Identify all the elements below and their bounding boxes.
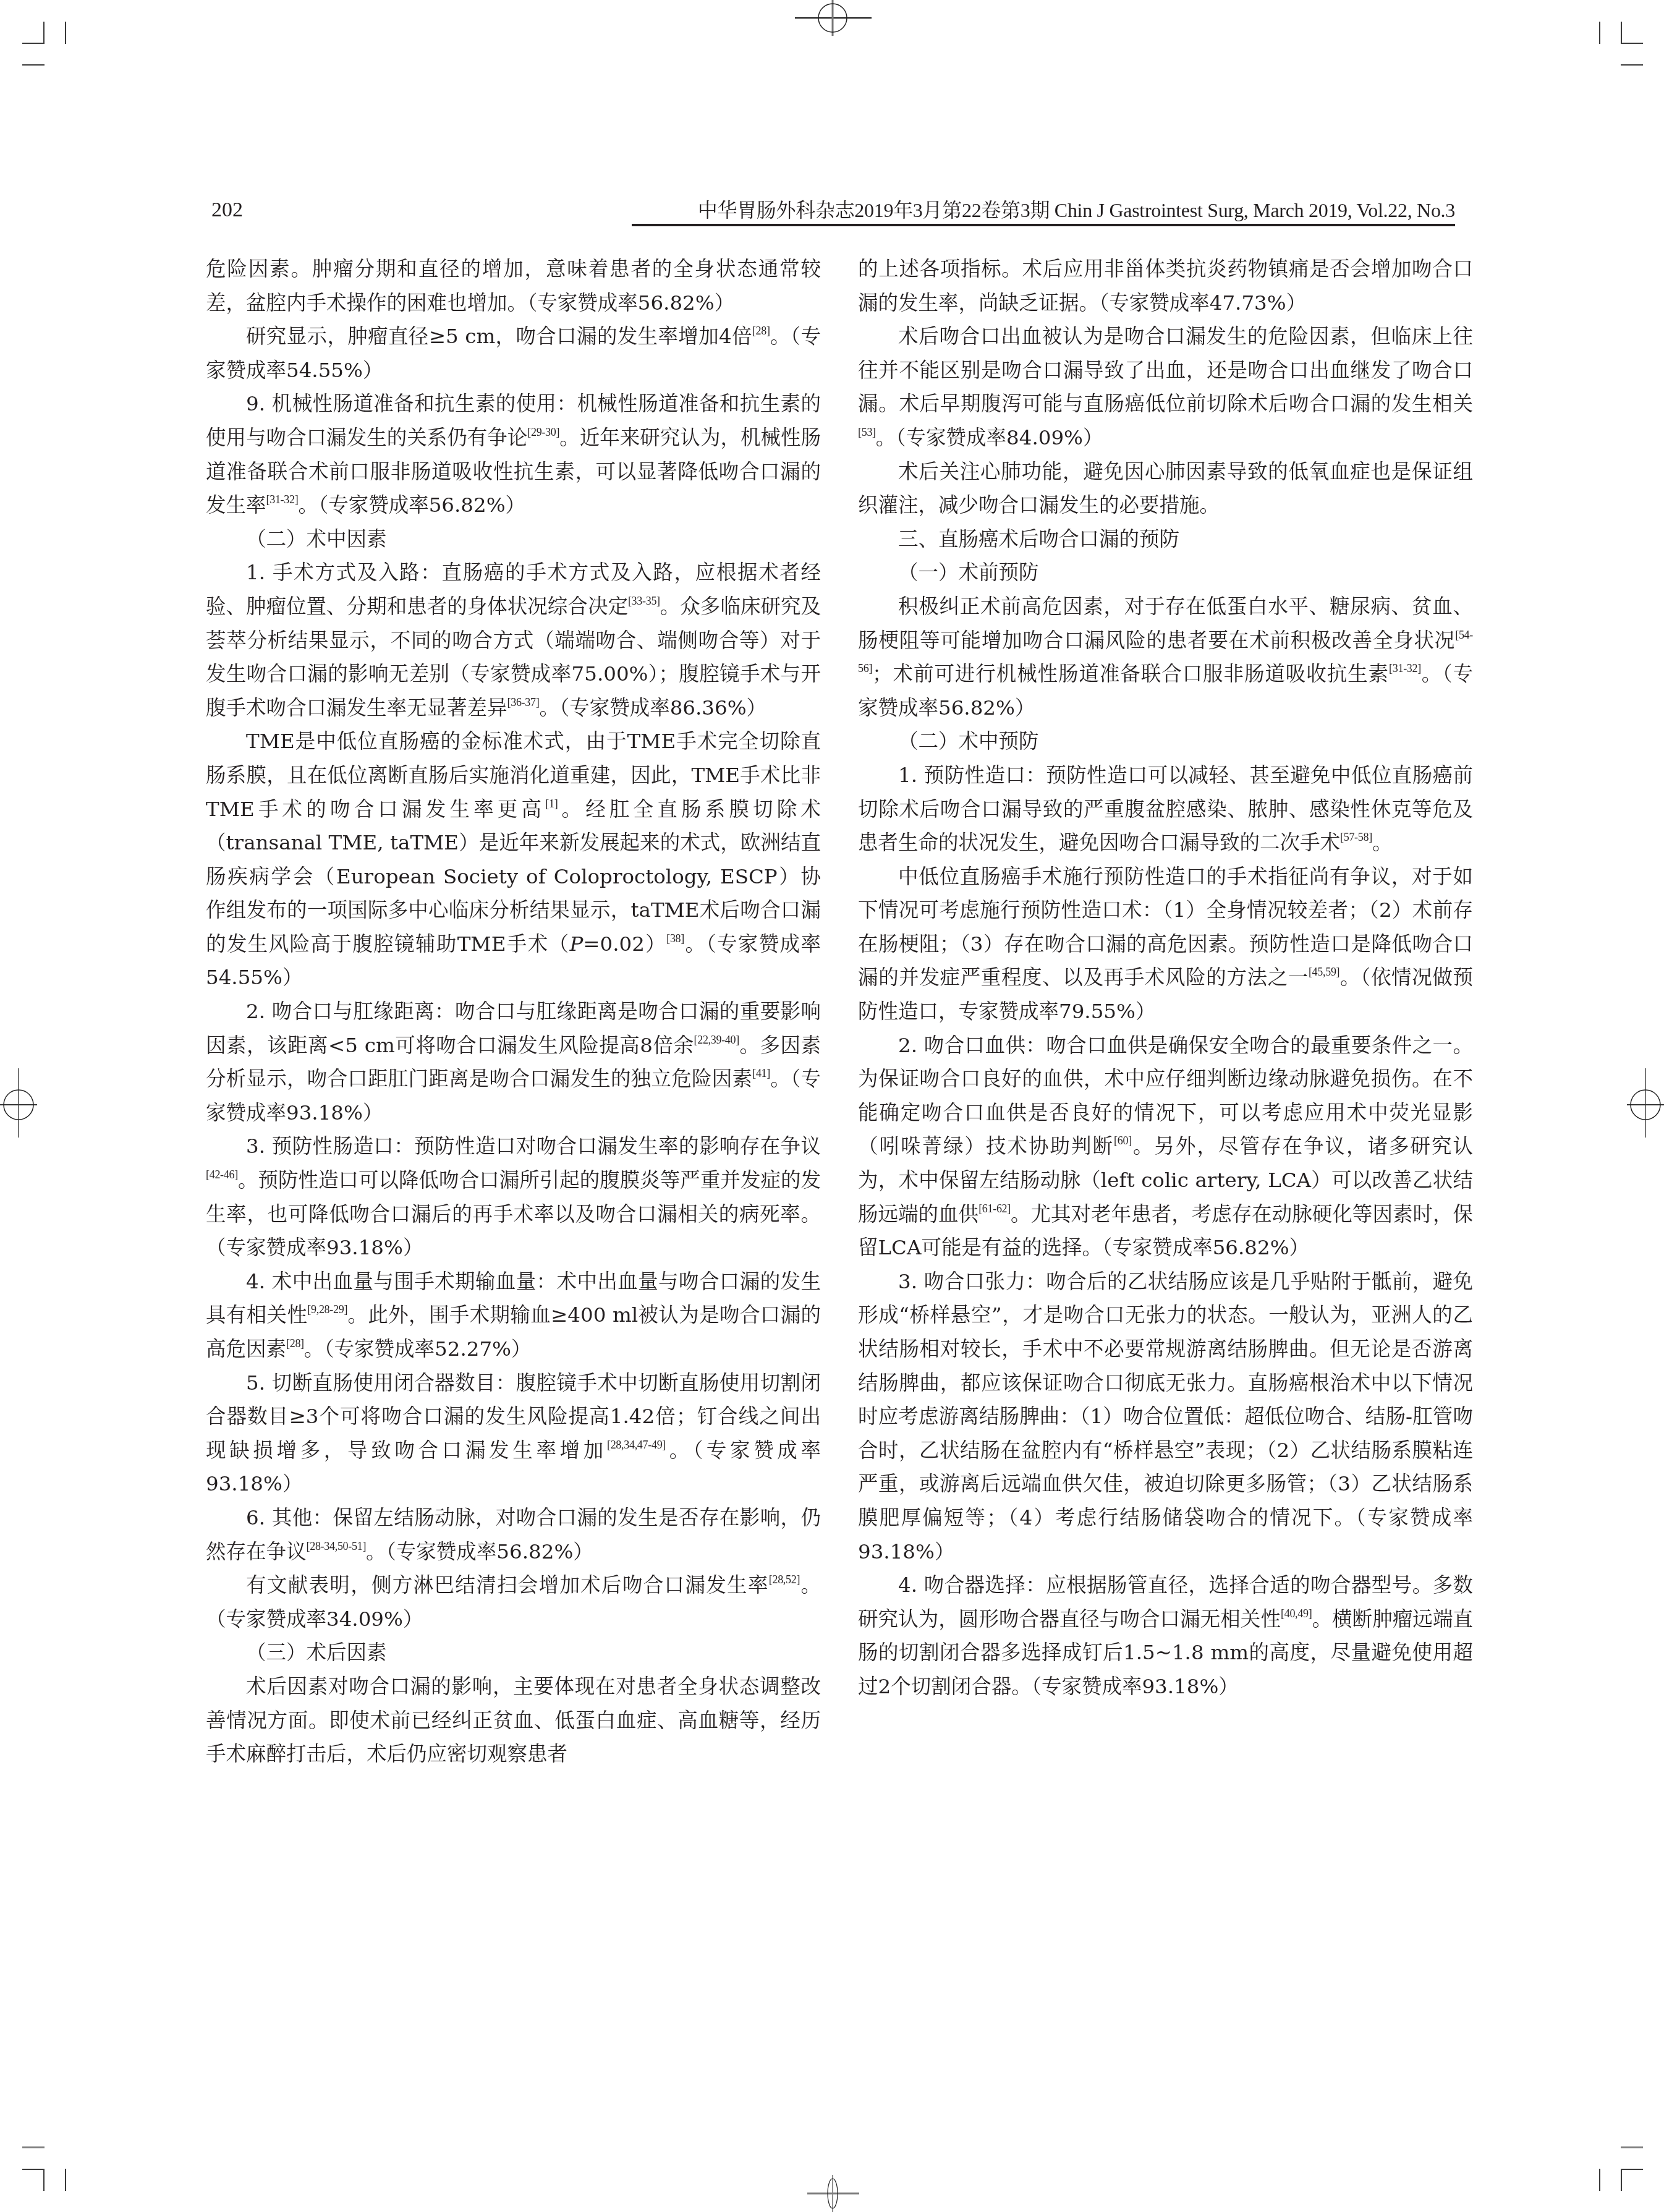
right-column: 的上述各项指标。术后应用非甾体类抗炎药物镇痛是否会增加吻合口漏的发生率，尚缺乏证… <box>858 252 1473 1704</box>
text-run: 。 <box>1372 831 1393 854</box>
citation-ref: [40,49] <box>1281 1607 1312 1620</box>
text-run: 2. 吻合口与肛缘距离：吻合口与肛缘距离是吻合口漏的重要影响因素，该距离<5 c… <box>206 1000 821 1057</box>
citation-ref: [61-62] <box>978 1202 1011 1215</box>
citation-ref: [36-37] <box>507 696 540 708</box>
text-run: 。（专家赞成率84.09%） <box>876 426 1103 449</box>
citation-ref: [29-30] <box>527 426 559 438</box>
crop-mark-bottom-left-bleed-vertical <box>65 2169 66 2191</box>
paragraph: TME是中低位直肠癌的金标准术式，由于TME手术完全切除直肠系膜，且在低位离断直… <box>206 725 821 995</box>
paragraph: 4. 吻合器选择：应根据肠管直径，选择合适的吻合器型号。多数研究认为，圆形吻合器… <box>858 1568 1473 1703</box>
paragraph: 3. 吻合口张力：吻合后的乙状结肠应该是几乎贴附于骶前，避免形成“桥样悬空”，才… <box>858 1265 1473 1568</box>
paragraph: 9. 机械性肠道准备和抗生素的使用：机械性肠道准备和抗生素的使用与吻合口漏发生的… <box>206 387 821 522</box>
crop-mark-bottom-right-horizontal <box>1621 2169 1643 2170</box>
citation-ref: [28,52] <box>769 1573 800 1586</box>
text-run: （二）术中因素 <box>246 527 387 551</box>
text-run: 术后吻合口出血被认为是吻合口漏发生的危险因素，但临床上往往并不能区别是吻合口漏导… <box>858 325 1473 415</box>
crop-mark-bottom-left-short <box>22 2146 45 2148</box>
paragraph: 2. 吻合口血供：吻合口血供是确保安全吻合的最重要条件之一。为保证吻合口良好的血… <box>858 1029 1473 1265</box>
registration-mark-top-icon <box>795 0 872 38</box>
section-heading: （一）术前预防 <box>858 556 1473 590</box>
section-heading: （二）术中预防 <box>858 725 1473 759</box>
citation-ref: [9,28-29] <box>307 1303 347 1316</box>
crop-mark-bottom-right-vertical <box>1621 2169 1622 2191</box>
paragraph: 2. 吻合口与肛缘距离：吻合口与肛缘距离是吻合口漏的重要影响因素，该距离<5 c… <box>206 995 821 1129</box>
text-run: （二）术中预防 <box>898 730 1039 753</box>
paragraph: 1. 预防性造口：预防性造口可以减轻、甚至避免中低位直肠癌前切除术后吻合口漏导致… <box>858 759 1473 860</box>
registration-mark-left-icon <box>0 1068 38 1138</box>
section-heading: 三、直肠癌术后吻合口漏的预防 <box>858 522 1473 556</box>
crop-mark-bottom-right-short <box>1621 2146 1643 2148</box>
crop-mark-top-left-horizontal <box>22 43 45 44</box>
text-run: 危险因素。肿瘤分期和直径的增加，意味着患者的全身状态通常较差，盆腔内手术操作的困… <box>206 257 821 315</box>
crop-mark-bottom-left-vertical <box>43 2169 45 2191</box>
paragraph: 1. 手术方式及入路：直肠癌的手术方式及入路，应根据术者经验、肿瘤位置、分期和患… <box>206 556 821 725</box>
page-number: 202 <box>211 197 243 224</box>
citation-ref: [41] <box>752 1067 770 1079</box>
paragraph: 5. 切断直肠使用闭合器数目：腹腔镜手术中切断直肠使用切割闭合器数目≥3个可将吻… <box>206 1366 821 1501</box>
paragraph: 有文献表明，侧方淋巴结清扫会增加术后吻合口漏发生率[28,52]。（专家赞成率3… <box>206 1568 821 1636</box>
crop-mark-top-left-bleed-vertical <box>65 22 66 44</box>
text-run: 术后关注心肺功能，避免因心肺因素导致的低氧血症也是保证组织灌注，减少吻合口漏发生… <box>858 460 1473 517</box>
text-run: 术后因素对吻合口漏的影响，主要体现在对患者全身状态调整改善情况方面。即使术前已经… <box>206 1675 821 1766</box>
citation-ref: [53] <box>858 426 876 438</box>
crop-mark-top-left-bleed-horizontal <box>22 64 45 66</box>
text-run: 3. 吻合口张力：吻合后的乙状结肠应该是几乎贴附于骶前，避免形成“桥样悬空”，才… <box>858 1270 1473 1563</box>
registration-mark-bottom-icon <box>795 2175 872 2212</box>
citation-ref: [42-46] <box>206 1168 238 1181</box>
paragraph: 术后吻合口出血被认为是吻合口漏发生的危险因素，但临床上往往并不能区别是吻合口漏导… <box>858 320 1473 454</box>
running-title: 中华胃肠外科杂志2019年3月第22卷第3期 Chin J Gastrointe… <box>698 197 1455 224</box>
paragraph: 中低位直肠癌手术施行预防性造口的手术指征尚有争议，对于如下情况可考虑施行预防性造… <box>858 860 1473 1029</box>
citation-ref: [22,39-40] <box>694 1034 739 1046</box>
page-header: 202 中华胃肠外科杂志2019年3月第22卷第3期 Chin J Gastro… <box>211 197 1455 226</box>
text-run: 。（专家赞成率86.36%） <box>539 696 766 720</box>
text-run: 。（专家赞成率56.82%） <box>366 1540 593 1563</box>
citation-ref: [31-32] <box>1389 662 1421 674</box>
header-rule <box>632 224 1455 226</box>
text-run: 研究显示，肿瘤直径≥5 cm，吻合口漏的发生率增加4倍 <box>246 325 752 348</box>
citation-ref: [28-34,50-51] <box>307 1540 367 1552</box>
text-run: =0.02） <box>583 932 666 956</box>
text-run: 。预防性造口可以降低吻合口漏所引起的腹膜炎等严重并发症的发生率，也可降低吻合口漏… <box>206 1168 821 1259</box>
paragraph: 术后关注心肺功能，避免因心肺因素导致的低氧血症也是保证组织灌注，减少吻合口漏发生… <box>858 455 1473 522</box>
citation-ref: [57-58] <box>1340 831 1372 843</box>
text-run: 有文献表明，侧方淋巴结清扫会增加术后吻合口漏发生率 <box>246 1573 769 1597</box>
citation-ref: [60] <box>1114 1134 1132 1147</box>
citation-ref: [28] <box>286 1337 304 1350</box>
paragraph: 危险因素。肿瘤分期和直径的增加，意味着患者的全身状态通常较差，盆腔内手术操作的困… <box>206 252 821 320</box>
section-heading: （三）术后因素 <box>206 1636 821 1670</box>
citation-ref: [31-32] <box>266 493 299 506</box>
text-run: 三、直肠癌术后吻合口漏的预防 <box>898 527 1179 551</box>
paragraph: 术后因素对吻合口漏的影响，主要体现在对患者全身状态调整改善情况方面。即使术前已经… <box>206 1670 821 1771</box>
text-run: 的上述各项指标。术后应用非甾体类抗炎药物镇痛是否会增加吻合口漏的发生率，尚缺乏证… <box>858 257 1473 315</box>
crop-mark-top-right-bleed-vertical <box>1599 22 1600 44</box>
text-run: ；术前可进行机械性肠道准备联合口服非肠道吸收抗生素 <box>872 662 1389 686</box>
crop-mark-top-right-bleed-horizontal <box>1621 64 1643 66</box>
text-run: （一）术前预防 <box>898 561 1039 584</box>
crop-mark-top-right-vertical <box>1621 22 1622 44</box>
citation-ref: [28,34,47-49] <box>607 1439 666 1451</box>
citation-ref: [28] <box>752 325 770 337</box>
crop-mark-bottom-right-bleed-vertical <box>1599 2169 1600 2191</box>
crop-mark-bottom-left-horizontal <box>22 2169 45 2170</box>
text-run: 。（专家赞成率52.27%） <box>304 1337 532 1361</box>
text-run: 积极纠正术前高危因素，对于存在低蛋白水平、糖尿病、贫血、肠梗阻等可能增加吻合口漏… <box>858 595 1473 652</box>
crop-mark-top-left-vertical <box>43 22 45 44</box>
paragraph: 研究显示，肿瘤直径≥5 cm，吻合口漏的发生率增加4倍[28]。（专家赞成率54… <box>206 320 821 387</box>
paragraph: 积极纠正术前高危因素，对于存在低蛋白水平、糖尿病、贫血、肠梗阻等可能增加吻合口漏… <box>858 590 1473 725</box>
paragraph: 6. 其他：保留左结肠动脉，对吻合口漏的发生是否存在影响，仍然存在争议[28-3… <box>206 1501 821 1568</box>
citation-ref: [38] <box>666 932 684 945</box>
registration-mark-right-icon <box>1626 1068 1664 1138</box>
italic-symbol: P <box>569 932 583 956</box>
text-run: 3. 预防性肠造口：预防性造口对吻合口漏发生率的影响存在争议 <box>246 1134 821 1158</box>
text-run: 。（专家赞成率56.82%） <box>298 493 525 517</box>
citation-ref: [33-35] <box>628 595 660 607</box>
paragraph: 4. 术中出血量与围手术期输血量：术中出血量与吻合口漏的发生具有相关性[9,28… <box>206 1265 821 1366</box>
section-heading: （二）术中因素 <box>206 522 821 556</box>
text-run: （三）术后因素 <box>246 1641 387 1664</box>
paragraph: 3. 预防性肠造口：预防性造口对吻合口漏发生率的影响存在争议[42-46]。预防… <box>206 1129 821 1264</box>
left-column: 危险因素。肿瘤分期和直径的增加，意味着患者的全身状态通常较差，盆腔内手术操作的困… <box>206 252 821 1771</box>
citation-ref: [45,59] <box>1309 966 1339 978</box>
paragraph: 的上述各项指标。术后应用非甾体类抗炎药物镇痛是否会增加吻合口漏的发生率，尚缺乏证… <box>858 252 1473 320</box>
citation-ref: [1] <box>545 798 558 810</box>
crop-mark-top-right-horizontal <box>1621 43 1643 44</box>
